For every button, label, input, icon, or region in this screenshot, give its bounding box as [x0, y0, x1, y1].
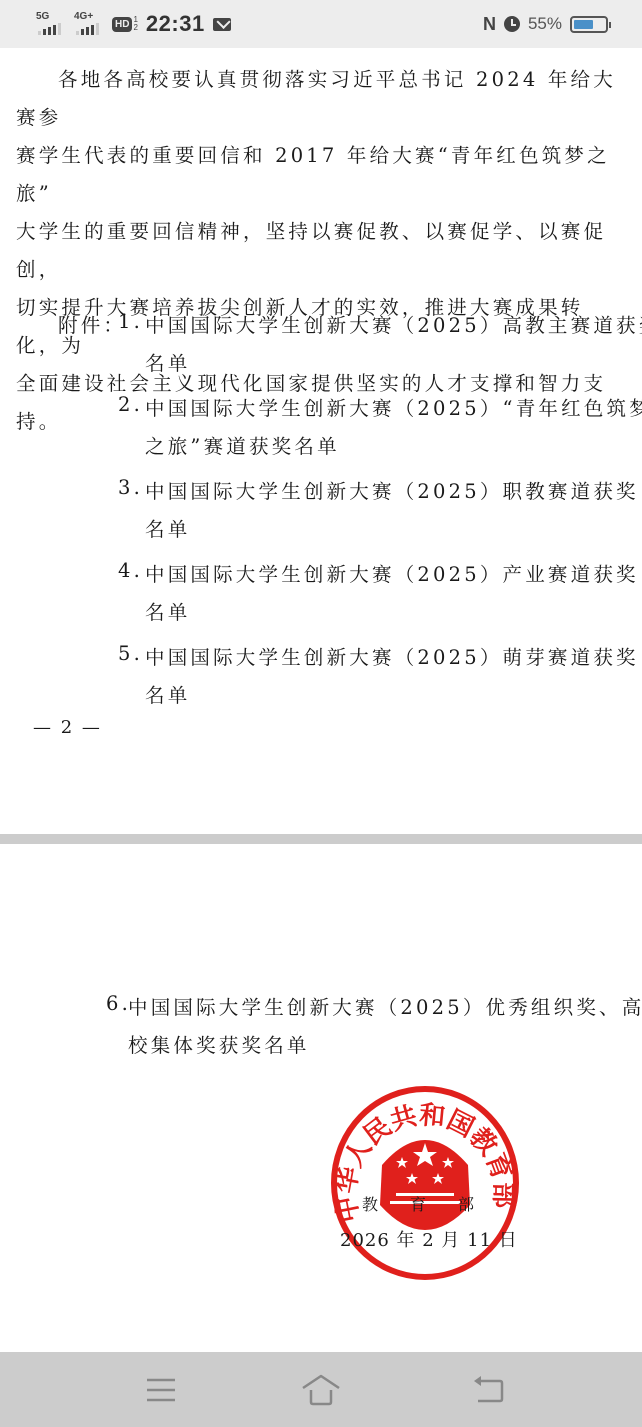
battery-percent: 55%: [528, 14, 562, 34]
home-button[interactable]: [291, 1370, 351, 1410]
attachment-title: 中国国际大学生创新大赛（2025）高教主赛道获奖: [145, 310, 642, 338]
attachment-number: 5.: [118, 642, 143, 665]
signal-4g-label: 4G+: [74, 11, 93, 22]
issue-date: 2026 年 2 月 11 日: [340, 1226, 518, 1252]
status-bar: 5G 4G+ HD 12 22:31 N 55%: [0, 0, 642, 48]
document-page-2[interactable]: 6. 中国国际大学生创新大赛（2025）优秀组织奖、高 校集体奖获奖名单 中华人…: [0, 844, 642, 1352]
clock: 22:31: [146, 11, 205, 37]
menu-button[interactable]: [131, 1370, 191, 1410]
battery-icon: [570, 16, 608, 33]
page-number: — 2 —: [33, 717, 102, 738]
hd-voice-icon: HD 12: [112, 16, 138, 32]
signer-char: 部: [458, 1192, 506, 1215]
back-icon: [472, 1375, 508, 1405]
back-button[interactable]: [460, 1370, 520, 1410]
attachment-title: 中国国际大学生创新大赛（2025）优秀组织奖、高: [128, 992, 642, 1020]
attachments-label: 附件：: [58, 310, 126, 338]
signal-5g-icon: 5G: [36, 11, 66, 37]
attachment-number: 4.: [118, 559, 143, 582]
paragraph-line: 赛学生代表的重要回信和 2017 年给大赛“青年红色筑梦之旅”: [16, 137, 616, 213]
hd-sub-bottom: 2: [133, 24, 137, 32]
signal-4g-icon: 4G+: [74, 11, 104, 37]
alarm-icon: [504, 16, 520, 32]
signal-5g-label: 5G: [36, 11, 49, 22]
home-icon: [301, 1374, 341, 1406]
attachment-title-cont: 校集体奖获奖名单: [128, 1030, 310, 1058]
signer-char: 教: [362, 1192, 410, 1215]
attachment-title-cont: 名单: [145, 680, 190, 708]
status-bar-left: 5G 4G+ HD 12 22:31: [36, 10, 231, 38]
attachment-title-cont: 之旅”赛道获奖名单: [145, 431, 340, 459]
attachment-number: 3.: [118, 476, 143, 499]
hd-label: HD: [112, 17, 132, 32]
attachment-title-cont: 名单: [145, 597, 190, 625]
attachment-title: 中国国际大学生创新大赛（2025）职教赛道获奖: [145, 476, 639, 504]
signer-char: 育: [410, 1192, 458, 1215]
attachment-number: 1.: [118, 310, 143, 333]
attachment-title: 中国国际大学生创新大赛（2025）产业赛道获奖: [145, 559, 639, 587]
paragraph-line: 各地各高校要认真贯彻落实习近平总书记 2024 年给大赛参: [16, 61, 616, 137]
body-paragraph: 各地各高校要认真贯彻落实习近平总书记 2024 年给大赛参 赛学生代表的重要回信…: [16, 61, 616, 441]
status-bar-right: N 55%: [483, 10, 608, 38]
signer: 教育部: [362, 1192, 506, 1215]
mail-icon: [213, 18, 231, 31]
nfc-icon: N: [483, 14, 496, 35]
attachment-title-cont: 名单: [145, 348, 190, 376]
attachment-title: 中国国际大学生创新大赛（2025）“青年红色筑梦: [145, 393, 642, 421]
menu-icon: [145, 1376, 177, 1404]
paragraph-line: 大学生的重要回信精神，坚持以赛促教、以赛促学、以赛促创，: [16, 213, 616, 289]
document-page-1[interactable]: 各地各高校要认真贯彻落实习近平总书记 2024 年给大赛参 赛学生代表的重要回信…: [0, 48, 642, 834]
navigation-bar: [0, 1352, 642, 1427]
page-separator: [0, 834, 642, 844]
attachment-number: 2.: [118, 393, 143, 416]
attachment-title-cont: 名单: [145, 514, 190, 542]
attachment-title: 中国国际大学生创新大赛（2025）萌芽赛道获奖: [145, 642, 639, 670]
